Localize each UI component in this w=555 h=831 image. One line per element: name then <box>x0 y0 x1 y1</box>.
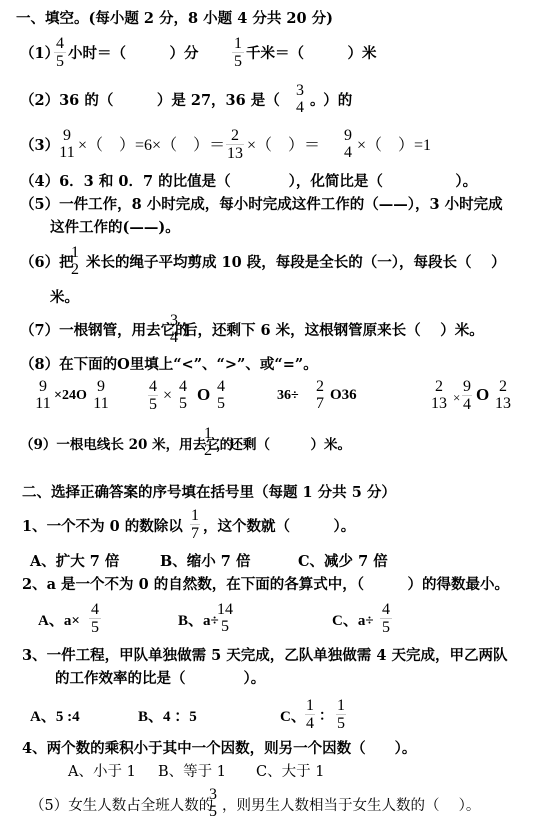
s2-q5-text-2: ，则男生人数相当于女生人数的（ ）。 <box>222 797 480 815</box>
q8-item-3-lead: 36÷ <box>277 387 299 405</box>
q8-item-2-fraction-2: 4 5 <box>178 378 188 412</box>
q8-item-4-op: × <box>453 389 460 407</box>
s2-q1-option-c: C、减少 7 倍 <box>298 553 388 571</box>
q6-line-2: 米。 <box>50 289 79 307</box>
s2-q3-option-b: B、4 ：5 <box>138 708 197 726</box>
q8-item-4-fraction-2: 9 4 <box>462 378 472 413</box>
q8-item-4-fraction-3: 2 13 <box>494 378 512 412</box>
s2-q4-option-b: B、等于 1 <box>158 763 226 781</box>
s2-q3-option-c-fraction-1: 1 4 <box>305 697 315 732</box>
q8-item-4-fraction-1: 2 13 <box>430 378 448 412</box>
q6-fraction: 1 2 <box>70 244 80 278</box>
s2-q3-option-c-label: C、 <box>280 708 306 726</box>
s2-q2-option-c-fraction: 4 5 <box>380 601 392 636</box>
q5-line-1: （5）一件工作，8 小时完成，每小时完成这件工作的（——），3 小时完成 <box>20 196 503 214</box>
q4-text: （4）6．3 和 0．7 的比值是（ ），化简比是（ ）。 <box>20 173 477 191</box>
s2-q1-text-2: ，这个数就（ ）。 <box>203 518 355 536</box>
s2-q2-option-b-fraction: 14 5 <box>216 601 234 635</box>
q3-part-2: ×（ ）＝ <box>247 137 320 155</box>
q3-fraction-2: 2 13 <box>226 127 244 162</box>
q1-fraction-1: 4 5 <box>54 35 66 70</box>
s2-q2-option-b-label: B、a÷ <box>178 612 219 630</box>
s2-q4-option-c: C、大于 1 <box>256 763 324 781</box>
q3-part-1: ×（ ）=6×（ ）＝ <box>78 137 225 155</box>
q1-fraction-2: 1 5 <box>232 35 244 70</box>
s2-q5-text-1: （5）女生人数占全班人数的 <box>30 797 213 815</box>
s2-q1-text-1: 1、一个不为 0 的数除以 <box>22 518 183 536</box>
section-1-title: 一、填空。(每小题 2 分，8 小题 4 分共 20 分) <box>16 10 333 28</box>
q8-item-2-fraction-3: 4 5 <box>216 378 226 412</box>
q8-text: （8）在下面的O里填上“<”、“>”、或“=”。 <box>20 356 318 374</box>
q8-item-1-fraction-1: 9 11 <box>34 378 52 412</box>
q8-item-4-circle: O <box>476 386 489 404</box>
q8-item-3-fraction: 2 7 <box>315 378 325 412</box>
s2-q2-option-a-fraction: 4 5 <box>89 601 101 636</box>
q1-text-2: 千米＝（ ）米 <box>246 45 377 63</box>
q2-fraction: 3 4 <box>294 82 306 116</box>
s2-q2-option-c-label: C、a÷ <box>332 612 374 630</box>
q7-text-1: （7）一根钢管，用去它的 <box>20 322 190 340</box>
q3-label: （3） <box>20 137 59 155</box>
s2-q3-line-2: 的工作效率的比是（ ）。 <box>55 670 265 688</box>
q5-line-2: 这件工作的(——)。 <box>50 219 180 237</box>
q8-item-2-circle: O <box>197 386 210 404</box>
q7-fraction: 3 4 <box>169 312 179 346</box>
s2-q4-text: 4、两个数的乘积小于其中一个因数，则另一个因数（ ）。 <box>22 740 416 758</box>
s2-q1-option-a: A、扩大 7 倍 <box>30 553 119 571</box>
q8-item-1-fraction-2: 9 11 <box>92 378 110 412</box>
q8-item-2-fraction-1: 4 5 <box>148 378 158 413</box>
s2-q5-fraction: 3 5 <box>208 786 218 820</box>
q3-fraction-1: 9 11 <box>58 127 76 161</box>
s2-q3-option-c-fraction-2: 1 5 <box>336 697 346 732</box>
s2-q4-option-a: A、小于 1 <box>68 763 136 781</box>
s2-q1-fraction: 1 7 <box>190 507 200 542</box>
s2-q3-option-a: A、5 :4 <box>30 708 80 726</box>
q3-fraction-3: 9 4 <box>342 127 354 161</box>
q8-item-1-op: ×24O <box>54 387 87 405</box>
s2-q2-option-a-label: A、a× <box>38 612 80 630</box>
q2-end: 。 <box>310 92 325 110</box>
q6-label: （6）把 <box>20 254 74 272</box>
q8-item-2-op: × <box>163 387 172 405</box>
q3-part-3: ×（ ）=1 <box>357 137 431 155</box>
q9-text-2: ，还剩（ ）米。 <box>216 436 351 454</box>
q1-text-1: 小时＝（ ）分 <box>68 45 199 63</box>
q9-fraction: 1 2 <box>203 425 213 459</box>
section-2-title: 二、选择正确答案的序号填在括号里（每题 1 分共 5 分） <box>22 484 396 502</box>
s2-q1-option-b: B、缩小 7 倍 <box>160 553 250 571</box>
s2-q3-option-c-sep: ： <box>319 708 333 726</box>
q7-text-2: 后，还剩下 6 米，这根钢管原来长（ ）米。 <box>183 322 484 340</box>
q6-text: 米长的绳子平均剪成 10 段，每段是全长的（一），每段长（ ） <box>86 254 506 272</box>
s2-q2-text: 2、a 是一个不为 0 的自然数，在下面的各算式中，（ ）的得数最小。 <box>22 576 509 594</box>
q9-text-1: （9）一根电线长 20 米，用去它的 <box>20 436 233 454</box>
s2-q3-line-1: 3、一件工程，甲队单独做需 5 天完成，乙队单独做需 4 天完成，甲乙两队 <box>22 647 507 665</box>
q8-item-3-tail: O36 <box>330 386 357 404</box>
